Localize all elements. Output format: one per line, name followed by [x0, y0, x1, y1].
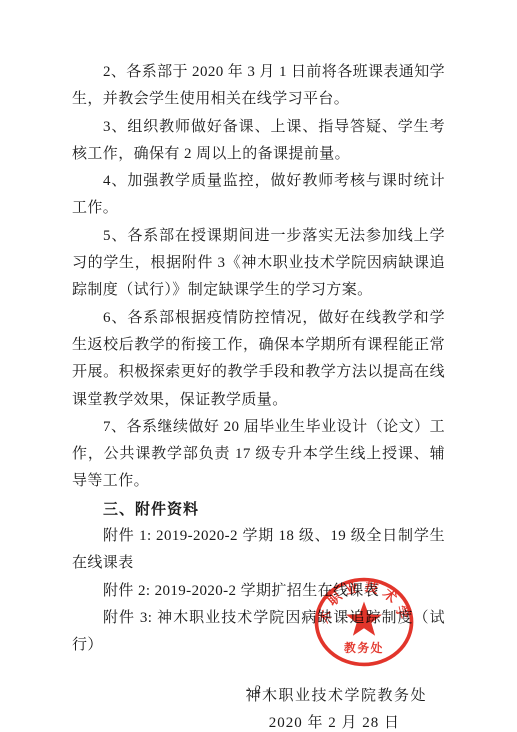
official-seal: 神木职业技术学院 教务处 [312, 576, 416, 668]
attachments-heading: 三、附件资料 [72, 496, 445, 523]
body-text: 2、各系部于 2020 年 3 月 1 日前将各班课表通知学生，并教会学生使用相… [0, 0, 517, 732]
document-page: 2、各系部于 2020 年 3 月 1 日前将各班课表通知学生，并教会学生使用相… [0, 0, 517, 732]
seal-label: 教务处 [343, 641, 384, 655]
paragraph-2: 2、各系部于 2020 年 3 月 1 日前将各班课表通知学生，并教会学生使用相… [72, 59, 445, 114]
attachment-item-1: 附件 1: 2019-2020-2 学期 18 级、19 级全日制学生在线课表 [72, 523, 445, 578]
paragraph-3: 3、组织教师做好备课、上课、指导答疑、学生考核工作，确保有 2 周以上的备课提前… [72, 114, 445, 169]
paragraph-4: 4、加强教学质量监控，做好教师考核与课时统计工作。 [72, 168, 445, 223]
date-line: 2020 年 2 月 28 日 [72, 710, 400, 732]
paragraph-7: 7、各系继续做好 20 届毕业生毕业设计（论文）工作，公共课教学部负责 17 级… [72, 414, 445, 496]
seal-star-icon [346, 602, 382, 636]
paragraph-5: 5、各系部在授课期间进一步落实无法参加线上学习的学生，根据附件 3《神木职业技术… [72, 223, 445, 305]
page-number: - 2 - [72, 682, 445, 697]
paragraph-6: 6、各系部根据疫情防控情况，做好在线教学和学生返校后教学的衔接工作，确保本学期所… [72, 305, 445, 414]
